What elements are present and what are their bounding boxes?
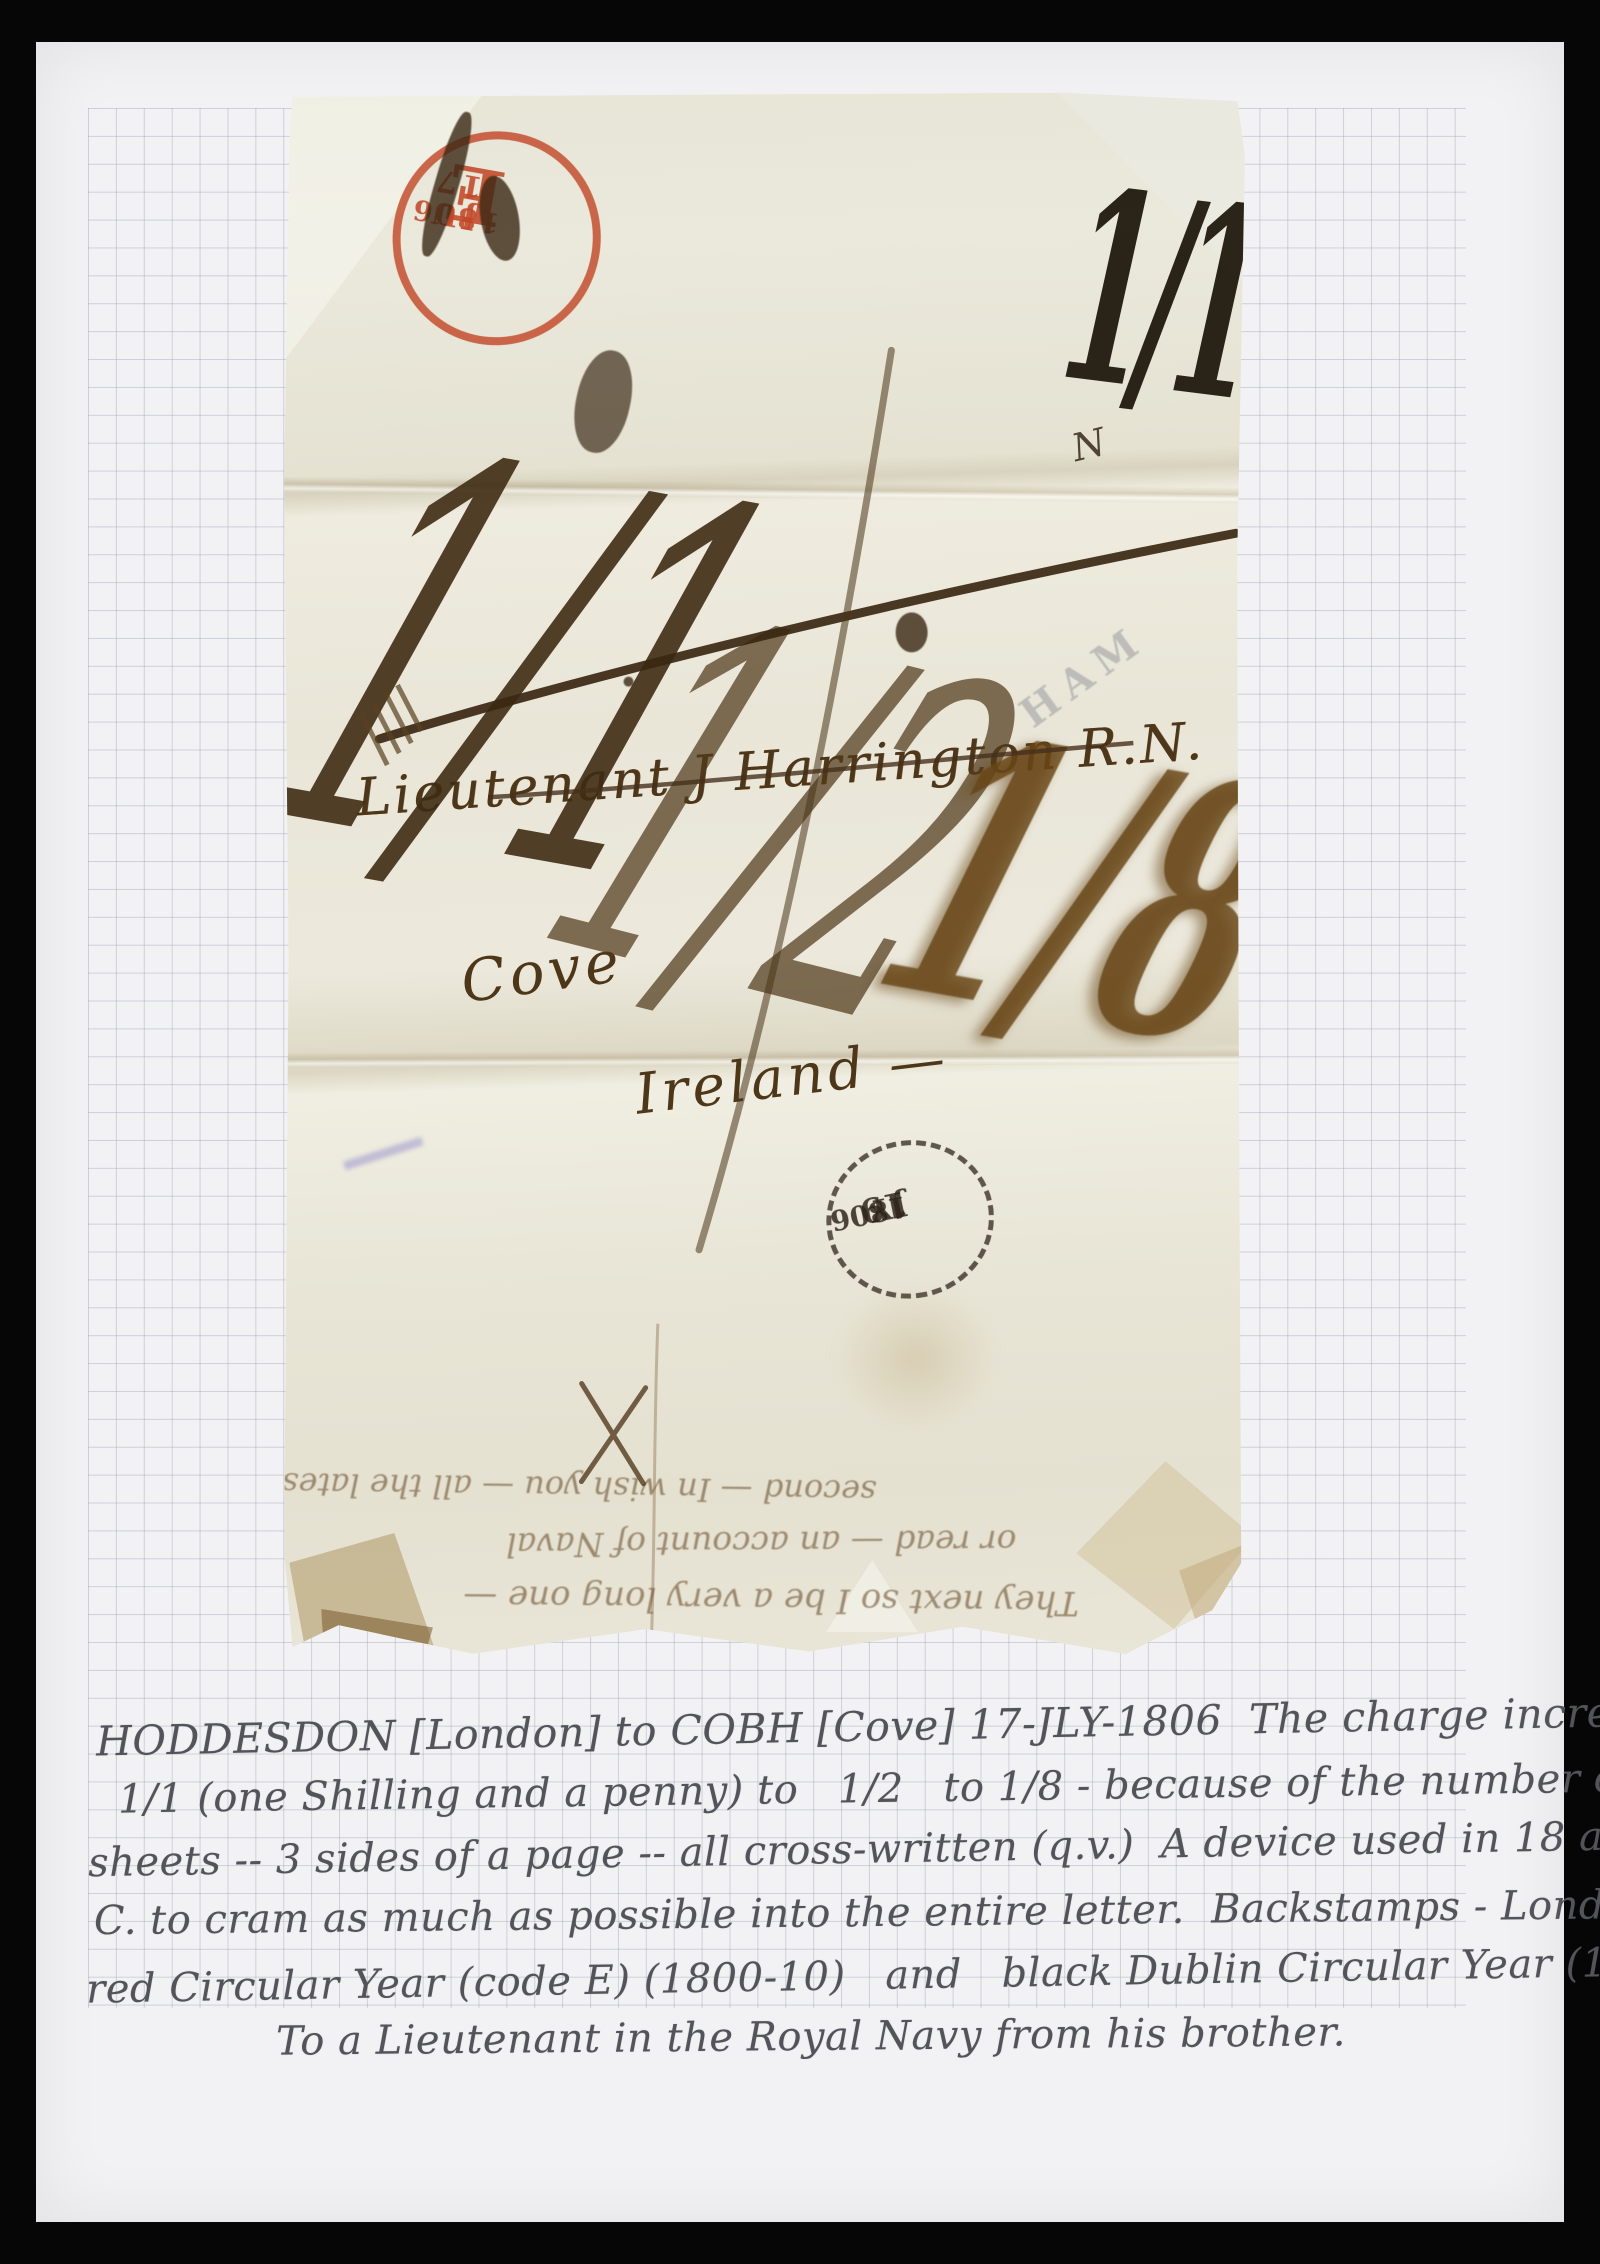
ink-show-through-patch [830, 1282, 1002, 1434]
rate-mark-corner: 1/1 [1052, 157, 1267, 440]
show-through-line: They next so I be a very long one — [311, 1576, 1231, 1625]
dublin-datestamp-year: 1806 [828, 1189, 911, 1235]
photographed-album-page: JU 17 1806 E HAM JY 19 1806 second — In … [0, 0, 1600, 2264]
ink-smudge [896, 612, 928, 652]
album-page: JU 17 1806 E HAM JY 19 1806 second — In … [36, 42, 1564, 2222]
postal-cover: JU 17 1806 E HAM JY 19 1806 second — In … [281, 91, 1245, 1666]
ink-smudge [624, 677, 634, 687]
caption-line-6: To a Lieutenant in the Royal Navy from h… [186, 2009, 1436, 2066]
blue-smudge [343, 1137, 424, 1171]
show-through-line: or read — an account of Naval [311, 1521, 1211, 1565]
show-through-line: second — In wish you — all the latest [336, 1466, 876, 1511]
